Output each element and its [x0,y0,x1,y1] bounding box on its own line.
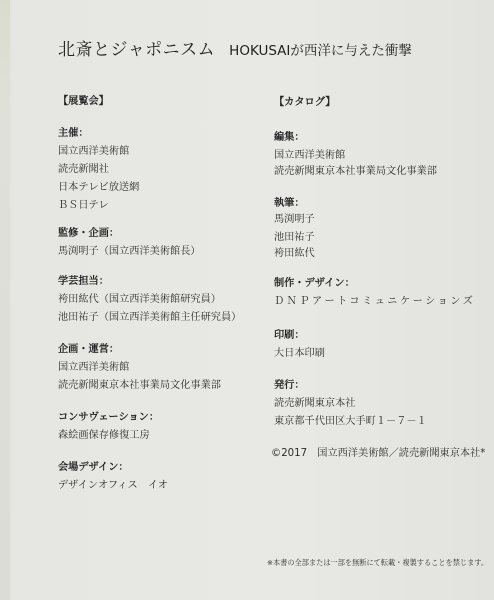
planning-heading: 企画・運営： [58,343,119,357]
publisher-heading: 発行： [274,379,305,393]
venue-design-heading: 会場デザイン： [58,461,129,475]
exhibition-section-title: 【展覧会】 [58,95,109,109]
author-item: 池田祐子 [274,231,315,245]
conservation-heading: コンサヴェーション： [58,411,159,425]
curator-item: 池田祐子（国立西洋美術館主任研究員） [58,311,241,325]
venue-design-item: デザインオフィス イオ [58,479,168,493]
organizers-heading: 主催： [58,127,89,141]
editing-heading: 編集： [274,131,305,145]
conservation-item: 森絵画保存修復工房 [58,429,150,443]
copyright-notice: ©2017 国立西洋美術館／読売新聞東京本社* [271,447,485,461]
production-design-item: ＤＮＰアートコミュニケーションズ [274,295,475,309]
author-item: 袴田紘代 [274,247,315,261]
production-design-heading: 制作・デザイン： [274,277,355,291]
page-edge [0,0,10,600]
author-item: 馬渕明子 [274,213,315,227]
catalog-section-title: 【カタログ】 [274,96,335,110]
curators-heading: 学芸担当： [58,275,109,289]
editing-item: 読売新聞東京本社事業局文化事業部 [274,165,437,179]
reproduction-notice: ※本書の全部または一部を無断にて転載・複製することを禁じます。 [267,558,488,568]
planning-item: 国立西洋美術館 [58,361,129,375]
supervision-item: 馬渕明子（国立西洋美術館長） [58,245,201,259]
organizer-item: 読売新聞社 [58,163,109,177]
organizer-item: 国立西洋美術館 [58,145,129,159]
printing-item: 大日本印刷 [274,347,325,361]
publisher-address: 東京都千代田区大手町１－７－１ [274,415,427,429]
curator-item: 袴田紘代（国立西洋美術館研究員） [58,293,221,307]
catalog-colophon-page: 北斎とジャポニスムHOKUSAIが西洋に与えた衝撃 【展覧会】 主催： 国立西洋… [0,0,494,600]
page-title: 北斎とジャポニスムHOKUSAIが西洋に与えた衝撃 [58,35,412,60]
organizer-item: ＢＳ日テレ [58,199,109,213]
editing-item: 国立西洋美術館 [274,149,345,163]
title-main: 北斎とジャポニスム [58,40,215,60]
publisher-item: 読売新聞東京本社 [274,397,356,411]
authors-heading: 執筆： [274,197,305,211]
planning-item: 読売新聞東京本社事業局文化事業部 [58,379,221,393]
organizer-item: 日本テレビ放送網 [58,181,139,195]
supervision-heading: 監修・企画： [58,227,119,241]
printing-heading: 印刷： [274,329,305,343]
title-subtitle: HOKUSAIが西洋に与えた衝撃 [229,43,412,59]
